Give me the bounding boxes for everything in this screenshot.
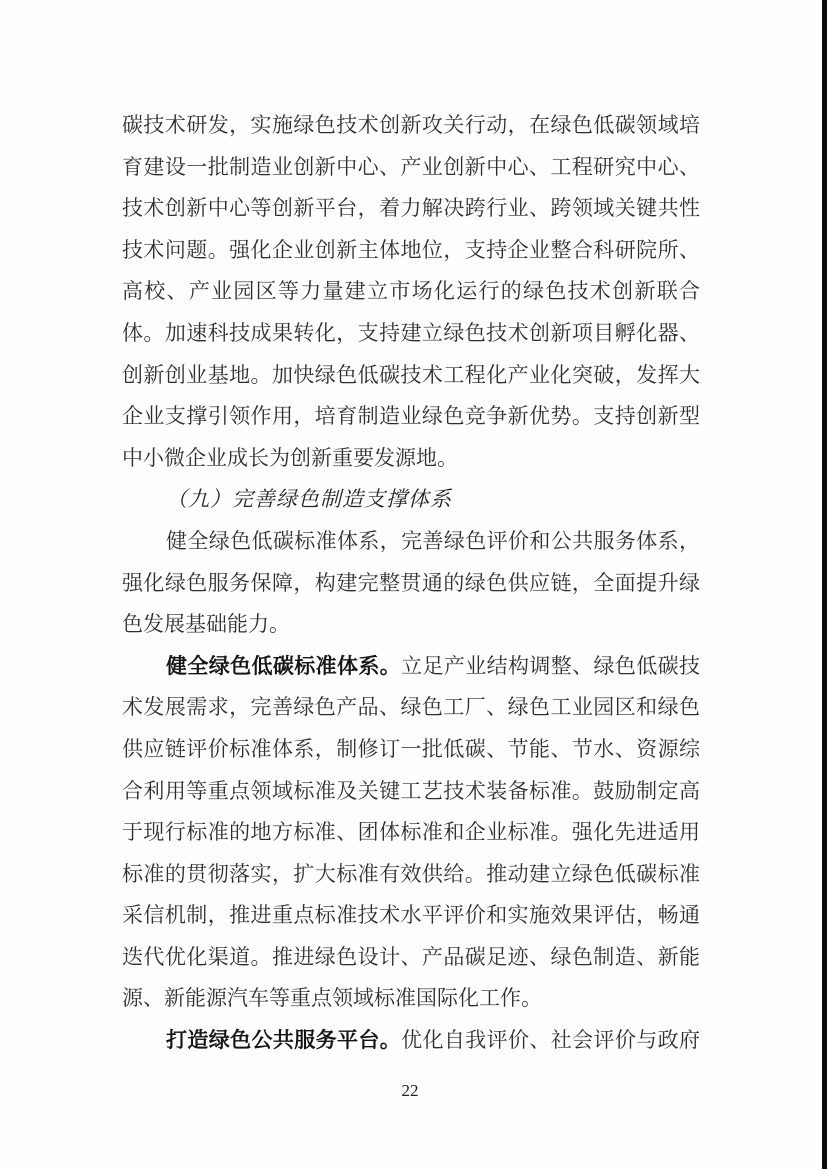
text-line: 健全绿色低碳标准体系，完善绿色评价和公共服务体系， xyxy=(122,521,700,563)
bold-run-in-heading: 打造绿色公共服务平台。 xyxy=(166,1028,401,1052)
line-text: 采信机制，推进重点标准技术水平评价和实施效果评估，畅通 xyxy=(122,903,700,927)
line-text: 高校、产业园区等力量建立市场化运行的绿色技术创新联合 xyxy=(122,279,700,303)
text-line: 健全绿色低碳标准体系。立足产业结构调整、绿色低碳技 xyxy=(122,646,700,688)
line-text: 技术问题。强化企业创新主体地位，支持企业整合科研院所、 xyxy=(122,238,700,262)
line-text: 标准的贯彻落实，扩大标准有效供给。推动建立绿色低碳标准 xyxy=(122,862,700,886)
text-line: 强化绿色服务保障，构建完整贯通的绿色供应链，全面提升绿 xyxy=(122,563,700,605)
text-line: 供应链评价标准体系，制修订一批低碳、节能、节水、资源综 xyxy=(122,729,700,771)
line-text: 于现行标准的地方标准、团体标准和企业标准。强化先进适用 xyxy=(122,820,700,844)
text-line: 标准的贯彻落实，扩大标准有效供给。推动建立绿色低碳标准 xyxy=(122,854,700,896)
text-line: 创新创业基地。加快绿色低碳技术工程化产业化突破，发挥大 xyxy=(122,355,700,397)
line-text: 色发展基础能力。 xyxy=(122,612,290,636)
page-number: 22 xyxy=(0,1081,820,1101)
line-text: 合利用等重点领域标准及关键工艺技术装备标准。鼓励制定高 xyxy=(122,779,700,803)
line-text: 立足产业结构调整、绿色低碳技 xyxy=(401,654,700,678)
text-line: 中小微企业成长为创新重要发源地。 xyxy=(122,438,700,480)
scan-edge-artifact xyxy=(822,0,827,1169)
line-text: 技术创新中心等创新平台，着力解决跨行业、跨领域关键共性 xyxy=(122,196,700,220)
text-line: 企业支撑引领作用，培育制造业绿色竞争新优势。支持创新型 xyxy=(122,396,700,438)
text-line: 色发展基础能力。 xyxy=(122,604,700,646)
text-line: 迭代优化渠道。推进绿色设计、产品碳足迹、绿色制造、新能 xyxy=(122,937,700,979)
line-text: （九）完善绿色制造支撑体系 xyxy=(166,487,452,511)
text-line: 育建设一批制造业创新中心、产业创新中心、工程研究中心、 xyxy=(122,147,700,189)
line-text: 体。加速科技成果转化，支持建立绿色技术创新项目孵化器、 xyxy=(122,321,700,345)
line-text: 术发展需求，完善绿色产品、绿色工厂、绿色工业园区和绿色 xyxy=(122,695,700,719)
text-line: 高校、产业园区等力量建立市场化运行的绿色技术创新联合 xyxy=(122,271,700,313)
text-line: 采信机制，推进重点标准技术水平评价和实施效果评估，畅通 xyxy=(122,895,700,937)
line-text: 供应链评价标准体系，制修订一批低碳、节能、节水、资源综 xyxy=(122,737,700,761)
text-line: 于现行标准的地方标准、团体标准和企业标准。强化先进适用 xyxy=(122,812,700,854)
bold-run-in-heading: 健全绿色低碳标准体系。 xyxy=(166,654,401,678)
line-text: 中小微企业成长为创新重要发源地。 xyxy=(122,446,458,470)
text-line: 技术创新中心等创新平台，着力解决跨行业、跨领域关键共性 xyxy=(122,188,700,230)
line-text: 强化绿色服务保障，构建完整贯通的绿色供应链，全面提升绿 xyxy=(122,571,700,595)
line-text: 创新创业基地。加快绿色低碳技术工程化产业化突破，发挥大 xyxy=(122,363,700,387)
line-text: 健全绿色低碳标准体系，完善绿色评价和公共服务体系， xyxy=(166,529,700,553)
line-text: 优化自我评价、社会评价与政府 xyxy=(401,1028,700,1052)
line-text: 碳技术研发，实施绿色技术创新攻关行动，在绿色低碳领域培 xyxy=(122,113,700,137)
section-heading: （九）完善绿色制造支撑体系 xyxy=(122,479,700,521)
line-text: 源、新能源汽车等重点领域标准国际化工作。 xyxy=(122,986,542,1010)
text-line: 体。加速科技成果转化，支持建立绿色技术创新项目孵化器、 xyxy=(122,313,700,355)
text-line: 术发展需求，完善绿色产品、绿色工厂、绿色工业园区和绿色 xyxy=(122,687,700,729)
text-line: 合利用等重点领域标准及关键工艺技术装备标准。鼓励制定高 xyxy=(122,771,700,813)
text-line: 打造绿色公共服务平台。优化自我评价、社会评价与政府 xyxy=(122,1020,700,1062)
line-text: 企业支撑引领作用，培育制造业绿色竞争新优势。支持创新型 xyxy=(122,404,700,428)
text-line: 碳技术研发，实施绿色技术创新攻关行动，在绿色低碳领域培 xyxy=(122,105,700,147)
line-text: 迭代优化渠道。推进绿色设计、产品碳足迹、绿色制造、新能 xyxy=(122,945,700,969)
line-text: 育建设一批制造业创新中心、产业创新中心、工程研究中心、 xyxy=(122,155,700,179)
text-line: 技术问题。强化企业创新主体地位，支持企业整合科研院所、 xyxy=(122,230,700,272)
text-line: 源、新能源汽车等重点领域标准国际化工作。 xyxy=(122,978,700,1020)
document-page: 碳技术研发，实施绿色技术创新攻关行动，在绿色低碳领域培育建设一批制造业创新中心、… xyxy=(0,0,828,1169)
text-lines: 碳技术研发，实施绿色技术创新攻关行动，在绿色低碳领域培育建设一批制造业创新中心、… xyxy=(122,105,700,1062)
